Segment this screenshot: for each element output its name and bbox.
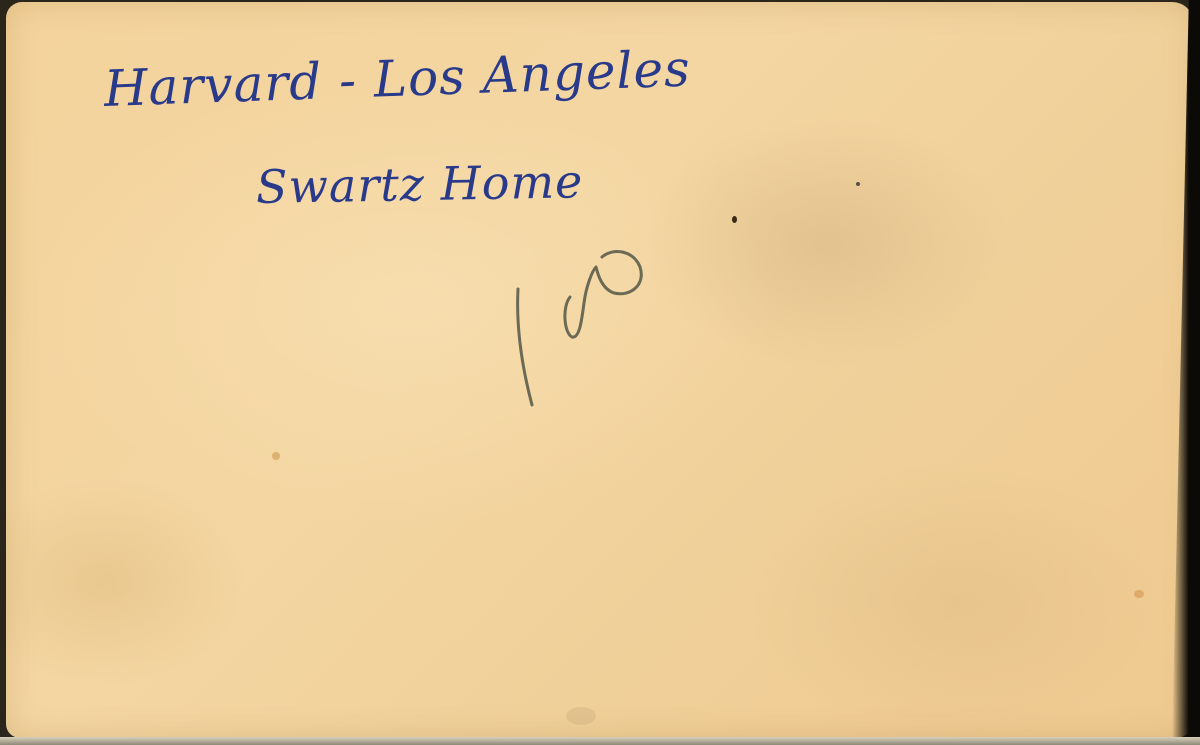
ink-dot [732,216,737,223]
pencil-mark: 1P [506,237,666,417]
paper-card: Harvard - Los Angeles Swartz Home 1P [6,2,1194,738]
handwritten-caption-location: Harvard - Los Angeles [103,40,692,118]
stain-spot [566,707,596,725]
handwritten-caption-home: Swartz Home [256,154,584,214]
stain-spot [1134,590,1144,598]
ink-dot [856,182,860,186]
scan-edge-bottom [0,737,1200,745]
pencil-stroke-icon [506,237,666,417]
scanned-document: Harvard - Los Angeles Swartz Home 1P [0,0,1200,745]
stain-spot [272,452,280,460]
